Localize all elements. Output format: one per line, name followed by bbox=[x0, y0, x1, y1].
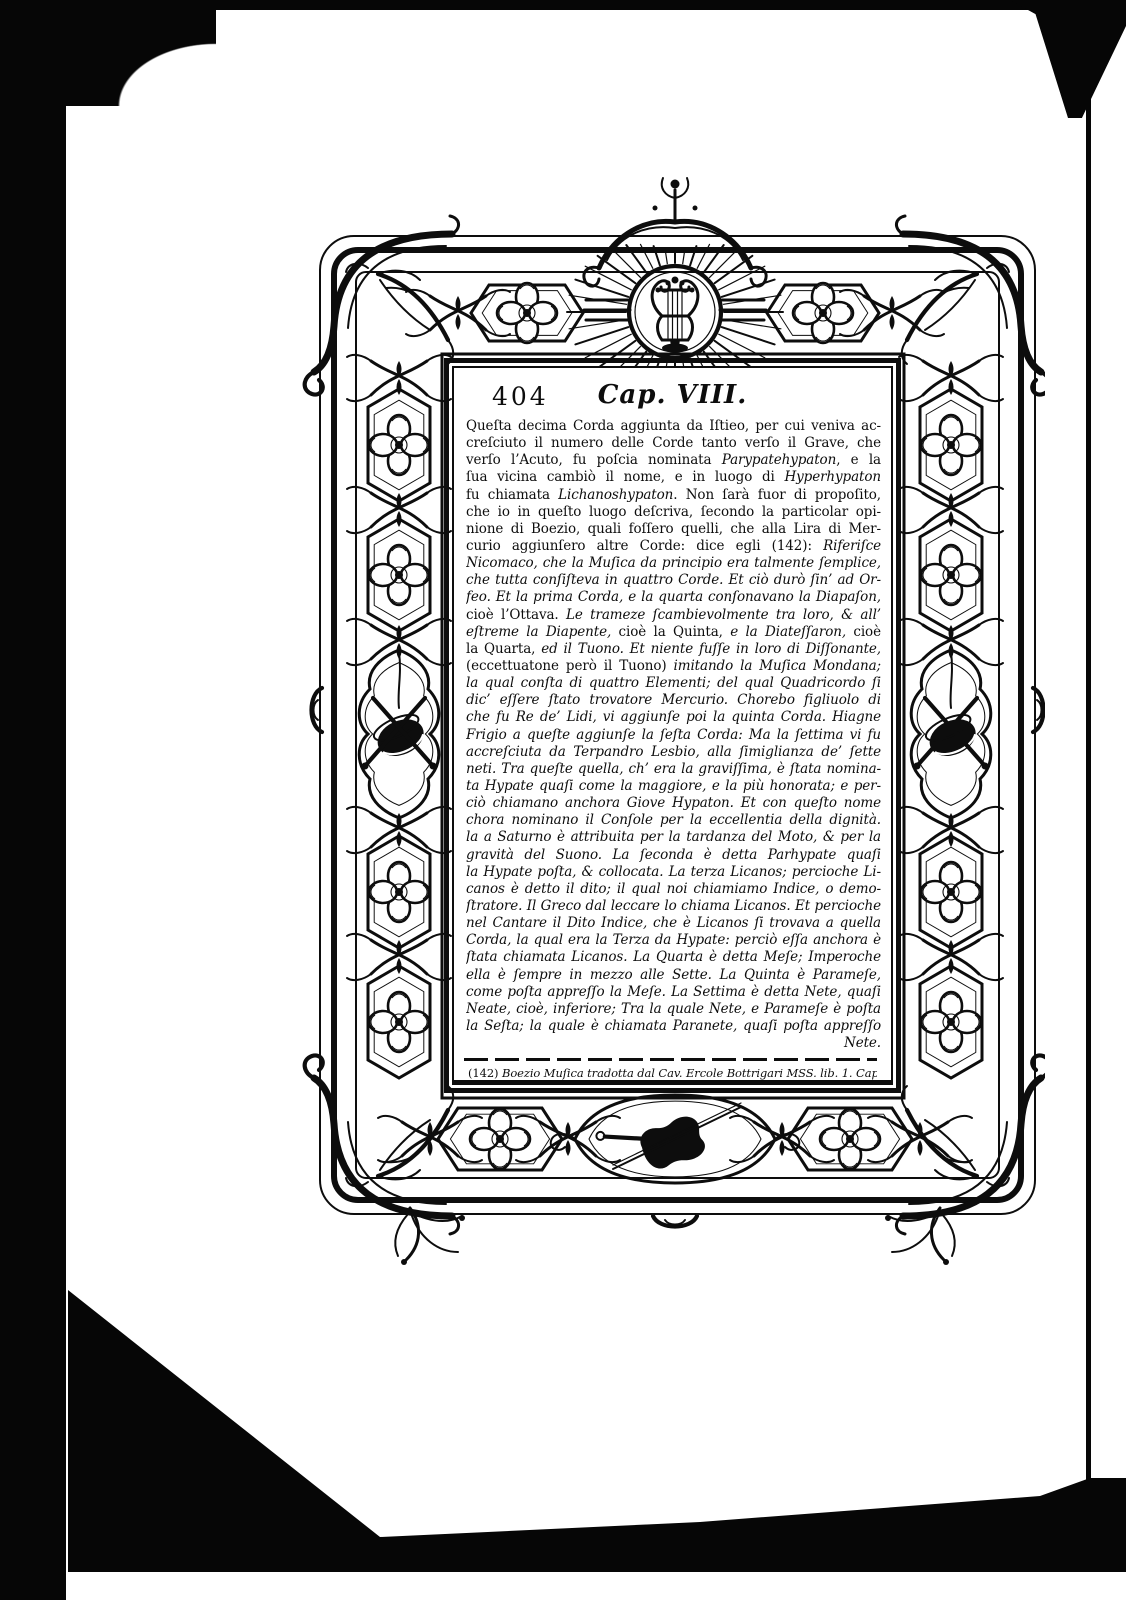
left-border-column bbox=[347, 355, 451, 1078]
body-text-line: ta Hypate quaſi come la maggiore, e la p… bbox=[466, 778, 881, 795]
body-text-line: Corda, la qual era la Terza da Hypate: p… bbox=[466, 932, 881, 949]
page-edge-line bbox=[1086, 96, 1091, 1491]
leaf-tie-icon bbox=[868, 1116, 972, 1162]
leaf-tie-icon bbox=[899, 807, 1003, 853]
body-text-line: nione di Boezio, quali foſſero quelli, c… bbox=[466, 521, 881, 538]
rosette-icon bbox=[921, 545, 981, 605]
body-text-line: cioè l’Ottava. Le trameze ſcambievolment… bbox=[466, 607, 881, 624]
body-text-line: feo. Et la prima Corda, e la quarta conſ… bbox=[466, 589, 881, 606]
body-text-line: ſtratore. Il Greco dal leccare lo chiama… bbox=[466, 898, 881, 915]
rosette-icon bbox=[497, 283, 557, 343]
rosette-icon bbox=[369, 415, 429, 475]
body-text-line: la Quarta, ed il Tuono. Et niente fuſſe … bbox=[466, 641, 881, 658]
body-text-line: la Seſta; la quale è chiamata Paranete, … bbox=[466, 1018, 881, 1035]
body-text-line: Nete. bbox=[466, 1035, 881, 1052]
body-text-line: gravità del Suono. La ſeconda è detta Pa… bbox=[466, 847, 881, 864]
leaf-tie-icon bbox=[899, 487, 1003, 533]
footnote: (142) Boezio Muſica tradotta dal Cav. Er… bbox=[468, 1066, 877, 1080]
leaf-tie-icon bbox=[899, 934, 1003, 980]
body-text-line: fu chiamata Lichanoshypaton. Non ſarà fu… bbox=[466, 487, 881, 504]
drum-mallets-icon bbox=[359, 650, 439, 818]
leaf-tie-icon bbox=[406, 290, 510, 336]
palmette-crest-icon bbox=[584, 178, 766, 286]
leaf-tie-icon bbox=[840, 290, 944, 336]
leaf-tie-icon bbox=[347, 619, 451, 665]
rosette-panel bbox=[767, 283, 879, 343]
body-text-line: ſtata chiamata Licanos. La Quarta è dett… bbox=[466, 949, 881, 966]
body-text-line: la Hypate poſta, & collocata. La terza L… bbox=[466, 864, 881, 881]
rosette-icon bbox=[820, 1109, 880, 1169]
body-text-line: eſtreme la Diapente, cioè la Quinta, e l… bbox=[466, 624, 881, 641]
scan-corner-top-left bbox=[66, 10, 216, 106]
body-text-line: ſua vicina cambiò il nome, e in luogo di… bbox=[466, 469, 881, 486]
rosette-panel bbox=[471, 283, 583, 343]
body-text-line: ciò chiamano anchora Giove Hypaton. Et c… bbox=[466, 795, 881, 812]
bottom-border-rail bbox=[378, 1095, 972, 1185]
body-text-line: dic’ eſſere ſtato trovatore Mercurio. Ch… bbox=[466, 692, 881, 709]
lyre-icon bbox=[652, 277, 698, 353]
rosette-icon bbox=[470, 1109, 530, 1169]
scanned-book-page: 404 Cap. VIII. Queſta decima Corda aggiu… bbox=[0, 0, 1126, 1600]
violin-bow-icon bbox=[551, 1095, 800, 1185]
rosette-icon bbox=[369, 545, 429, 605]
leaf-tie-icon bbox=[347, 807, 451, 853]
edge-scroll-icon bbox=[653, 1216, 697, 1227]
leaf-tie-icon bbox=[516, 1116, 620, 1162]
body-text-line: Frigio a queſte aggiunſe la ſeſta Corda:… bbox=[466, 727, 881, 744]
rosette-icon bbox=[369, 992, 429, 1052]
drum-mallets-icon bbox=[911, 650, 991, 818]
rosette-icon bbox=[793, 283, 853, 343]
body-text-line: nel Cantare il Dito Indice, che è Licano… bbox=[466, 915, 881, 932]
body-text-line: come poſta appreſſo la Meſe. La Settima … bbox=[466, 984, 881, 1001]
leaf-tie-icon bbox=[347, 355, 451, 401]
leaf-tie-icon bbox=[899, 619, 1003, 665]
body-text-line: Neate, cioè, inferiore; Tra la quale Net… bbox=[466, 1001, 881, 1018]
chapter-heading: Cap. VIII. bbox=[454, 380, 891, 410]
body-text-line: la qual conſta di quattro Elementi; del … bbox=[466, 675, 881, 692]
rosette-icon bbox=[921, 415, 981, 475]
leaf-tie-icon bbox=[899, 355, 1003, 401]
body-text-line: che fu Re de’ Lidi, vi aggiunſe poi la q… bbox=[466, 709, 881, 726]
footnote-rule bbox=[464, 1058, 877, 1061]
scan-wedge-top-right bbox=[1010, 0, 1126, 118]
body-text-line: canos è detto il dito; il qual noi chiam… bbox=[466, 881, 881, 898]
body-text-line: neti. Tra queſte quella, ch’ era la grav… bbox=[466, 761, 881, 778]
leaf-tie-icon bbox=[347, 487, 451, 533]
rosette-icon bbox=[921, 862, 981, 922]
body-text-line: Queſta decima Corda aggiunta da Iſtieo, … bbox=[466, 418, 881, 435]
body-text-line: (eccettuatone però il Tuono) imitando la… bbox=[466, 658, 881, 675]
body-text: Queſta decima Corda aggiunta da Iſtieo, … bbox=[466, 418, 881, 1052]
body-text-line: verſo l’Acuto, fu poſcia nominata Parypa… bbox=[466, 452, 881, 469]
scan-margin-top bbox=[66, 0, 1126, 10]
acanthus-scroll-corner-icon bbox=[305, 1055, 459, 1234]
rosette-icon bbox=[369, 862, 429, 922]
scan-margin-bottom bbox=[60, 1275, 1126, 1575]
body-text-line: ella è ſempre in mezzo alle Sette. La Qu… bbox=[466, 967, 881, 984]
body-text-line: la a Saturno è attribuita per la tardanz… bbox=[466, 829, 881, 846]
body-text-line: creſciuto il numero delle Corde tanto ve… bbox=[466, 435, 881, 452]
text-frame: 404 Cap. VIII. Queſta decima Corda aggiu… bbox=[452, 366, 893, 1085]
leaf-tie-icon bbox=[730, 1116, 834, 1162]
body-text-line: accreſciuta da Terpandro Lesbio, alla ſi… bbox=[466, 744, 881, 761]
ray-bundle-icon bbox=[584, 300, 630, 320]
rosette-icon bbox=[921, 992, 981, 1052]
scan-margin-left bbox=[0, 0, 66, 1600]
body-text-line: curio aggiunſero altre Corde: dice egli … bbox=[466, 538, 881, 555]
ray-bundle-icon bbox=[720, 300, 766, 320]
right-border-column bbox=[899, 355, 1003, 1078]
body-text-line: che tutta conſiſteva in quattro Corde. E… bbox=[466, 572, 881, 589]
leaf-tie-icon bbox=[347, 934, 451, 980]
body-text-line: che io in queſto luogo deſcriva, ſecondo… bbox=[466, 504, 881, 521]
body-text-line: chora nominano il Conſole per la eccelle… bbox=[466, 812, 881, 829]
body-text-line: Nicomaco, che la Muſica da principio era… bbox=[466, 555, 881, 572]
